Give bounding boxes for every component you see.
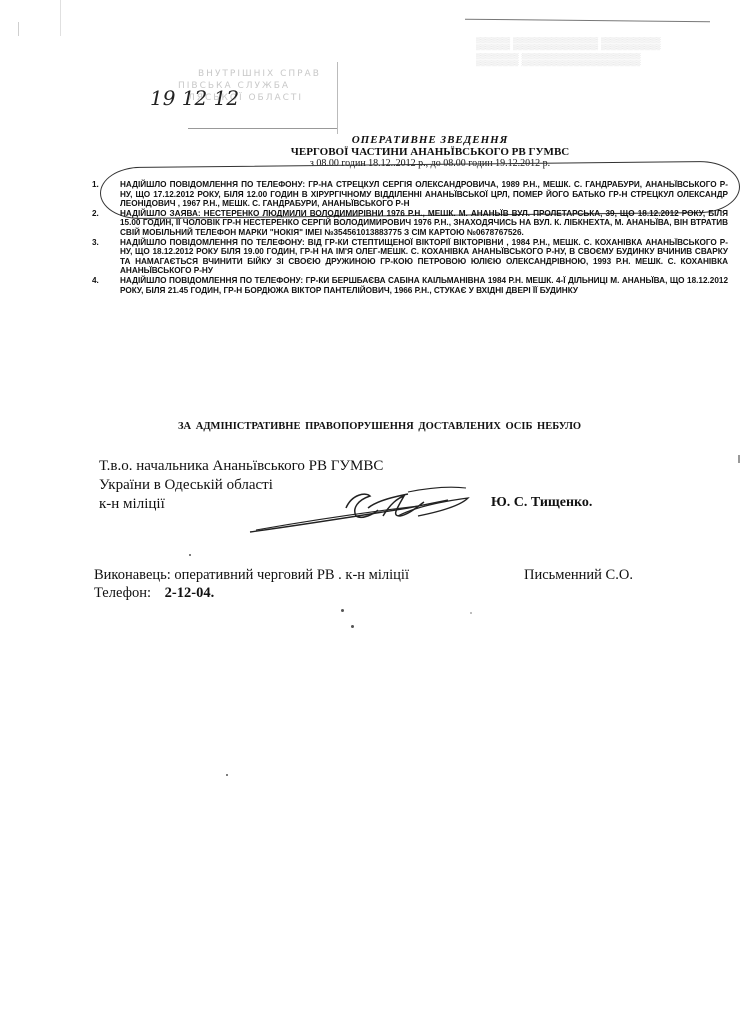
scan-speck (470, 612, 472, 614)
signer-name: Ю. С. Тищенко. (491, 495, 592, 511)
document-page: ▒▒▒▒ ▒▒▒▒▒▒▒▒▒▒ ▒▒▒▒▒▒▒ ▒▒▒▒▒ ▒▒▒▒▒▒▒▒▒▒… (0, 0, 744, 1024)
registration-stamp: ВНУТРІШНІХ СПРАВ ПІВСЬКА СЛУЖБА ЛЯСЬКОЇ … (148, 40, 338, 135)
scan-speck (189, 554, 191, 556)
document-title: ОПЕРАТИВНЕ ЗВЕДЕННЯ (260, 134, 600, 146)
document-subtitle: ЧЕРГОВОЇ ЧАСТИНИ АНАНЬЇВСЬКОГО РВ ГУМВС (260, 146, 600, 158)
handwritten-date: 19 12 12 (150, 92, 239, 104)
report-text: НАДІЙШЛО ПОВІДОМЛЕННЯ ПО ТЕЛЕФОНУ: ГР-НА… (120, 180, 728, 209)
report-list: 1. НАДІЙШЛО ПОВІДОМЛЕННЯ ПО ТЕЛЕФОНУ: ГР… (92, 180, 728, 295)
report-text: НАДІЙШЛО ЗАЯВА: НЕСТЕРЕНКО ЛЮДМИЛИ ВОЛОД… (120, 209, 728, 238)
scan-artifact (60, 0, 61, 36)
admin-offenses-note: ЗА АДМІНІСТРАТИВНЕ ПРАВОПОРУШЕННЯ ДОСТАВ… (178, 421, 581, 432)
executor-name: Письменний С.О. (524, 566, 633, 584)
report-item: 1. НАДІЙШЛО ПОВІДОМЛЕННЯ ПО ТЕЛЕФОНУ: ГР… (92, 180, 728, 209)
stamp-border (337, 62, 338, 134)
phone-label: Телефон: (94, 585, 151, 601)
report-item: 3. НАДІЙШЛО ПОВІДОМЛЕННЯ ПО ТЕЛЕФОНУ: ВІ… (92, 238, 728, 276)
report-number: 4. (92, 276, 120, 295)
stamp-underline (188, 128, 338, 129)
scan-speck (738, 455, 740, 463)
signer-position: Т.в.о. начальника Ананьївського РВ ГУМВС (99, 457, 383, 476)
scan-artifact (18, 22, 19, 36)
faint-bleedthrough: ▒▒▒▒▒ ▒▒▒▒▒▒▒▒▒▒▒▒▒▒ (476, 52, 641, 67)
report-number: 3. (92, 238, 120, 276)
report-text: НАДІЙШЛО ПОВІДОМЛЕННЯ ПО ТЕЛЕФОНУ: ГР-КИ… (120, 276, 728, 295)
report-item: 4. НАДІЙШЛО ПОВІДОМЛЕННЯ ПО ТЕЛЕФОНУ: ГР… (92, 276, 728, 295)
report-item: 2. НАДІЙШЛО ЗАЯВА: НЕСТЕРЕНКО ЛЮДМИЛИ ВО… (92, 209, 728, 238)
report-text: НАДІЙШЛО ПОВІДОМЛЕННЯ ПО ТЕЛЕФОНУ: ВІД Г… (120, 238, 728, 276)
executor-label: Виконавець: оперативний черговий РВ . к-… (94, 567, 409, 583)
handwritten-signature (248, 486, 478, 536)
scan-speck (341, 609, 344, 612)
faint-bleedthrough: ▒▒▒▒ ▒▒▒▒▒▒▒▒▒▒ ▒▒▒▒▒▒▒ (476, 36, 661, 51)
report-number: 1. (92, 180, 120, 209)
stamp-line: ВНУТРІШНІХ СПРАВ (198, 68, 321, 80)
report-number: 2. (92, 209, 120, 238)
scan-speck (226, 774, 228, 776)
phone-number: 2-12-04. (165, 585, 215, 601)
executor-info: Виконавець: оперативний черговий РВ . к-… (94, 566, 694, 602)
header-rule (465, 19, 710, 23)
scan-speck (351, 625, 354, 628)
